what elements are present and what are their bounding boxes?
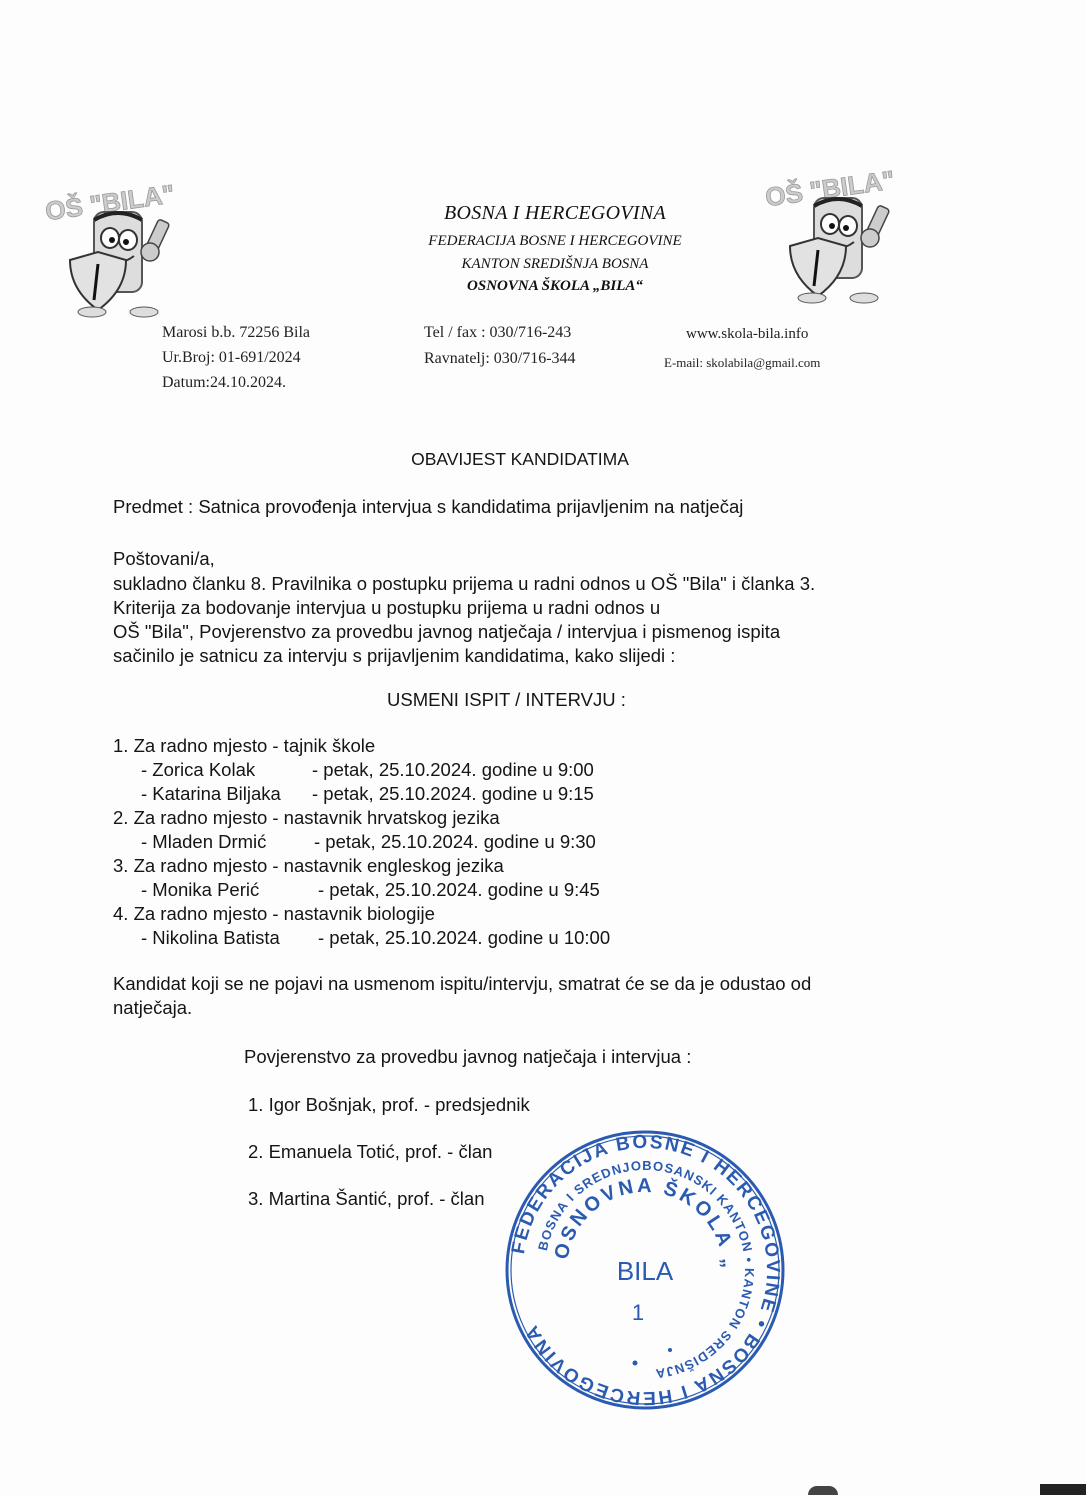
reference-number: Ur.Broj: 01-691/2024: [162, 349, 301, 367]
candidate-time: - petak, 25.10.2024. godine u 10:00: [318, 927, 610, 949]
header-federation: FEDERACIJA BOSNE I HERCEGOVINE: [12, 233, 1086, 250]
email-link[interactable]: E-mail: skolabila@gmail.com: [664, 355, 820, 371]
notice-subject: Predmet : Satnica provođenja intervjua s…: [113, 496, 743, 518]
stamp-number: 1: [632, 1300, 644, 1325]
body-line: sukladno članku 8. Pravilnika o postupku…: [113, 573, 815, 595]
committee-member: 3. Martina Šantić, prof. - član: [248, 1188, 485, 1210]
website-link[interactable]: www.skola-bila.info: [686, 326, 808, 343]
closing-line: Kandidat koji se ne pojavi na usmenom is…: [113, 973, 811, 995]
scan-edge: [1040, 1484, 1086, 1495]
document-date: Datum:24.10.2024.: [162, 374, 286, 392]
candidate-name: - Nikolina Batista: [141, 927, 280, 949]
candidate-name: - Katarina Biljaka: [141, 783, 281, 805]
tel-fax: Tel / fax : 030/716-243: [424, 324, 571, 342]
notice-title: OBAVIJEST KANDIDATIMA: [0, 449, 1040, 470]
candidate-name: - Monika Perić: [141, 879, 259, 901]
header-country: BOSNA I HERCEGOVINA: [12, 202, 1086, 225]
candidate-time: - petak, 25.10.2024. godine u 9:15: [312, 783, 594, 805]
position-heading: 4. Za radno mjesto - nastavnik biologije: [113, 903, 435, 925]
candidate-name: - Mladen Drmić: [141, 831, 266, 853]
body-line: sačinilo je satnicu za intervju s prijav…: [113, 645, 675, 667]
committee-member: 1. Igor Bošnjak, prof. - predsjednik: [248, 1094, 530, 1116]
closing-line: natječaja.: [113, 997, 192, 1019]
position-heading: 1. Za radno mjesto - tajnik škole: [113, 735, 375, 757]
position-heading: 3. Za radno mjesto - nastavnik engleskog…: [113, 855, 504, 877]
header-school: OSNOVNA ŠKOLA „BILA“: [12, 278, 1086, 295]
body-line: OŠ "Bila", Povjerenstvo za provedbu javn…: [113, 621, 780, 643]
header-canton: KANTON SREDIŠNJA BOSNA: [12, 256, 1086, 273]
greeting: Poštovani/a,: [113, 548, 215, 570]
candidate-name: - Zorica Kolak: [141, 759, 255, 781]
scan-edge: [808, 1486, 838, 1495]
body-line: Kriterija za bodovanje intervjua u postu…: [113, 597, 660, 619]
candidate-time: - petak, 25.10.2024. godine u 9:00: [312, 759, 594, 781]
position-heading: 2. Za radno mjesto - nastavnik hrvatskog…: [113, 807, 500, 829]
committee-member: 2. Emanuela Totić, prof. - član: [248, 1141, 492, 1163]
candidate-time: - petak, 25.10.2024. godine u 9:30: [314, 831, 596, 853]
official-stamp: FEDERACIJA BOSNE I HERCEGOVINE • BOSNA I…: [500, 1125, 790, 1415]
section-title: USMENI ISPIT / INTERVJU :: [387, 689, 626, 711]
address: Marosi b.b. 72256 Bila: [162, 324, 310, 342]
principal-phone: Ravnatelj: 030/716-344: [424, 350, 576, 368]
committee-title: Povjerenstvo za provedbu javnog natječaj…: [244, 1046, 691, 1068]
stamp-center: BILA: [617, 1256, 674, 1286]
candidate-time: - petak, 25.10.2024. godine u 9:45: [318, 879, 600, 901]
